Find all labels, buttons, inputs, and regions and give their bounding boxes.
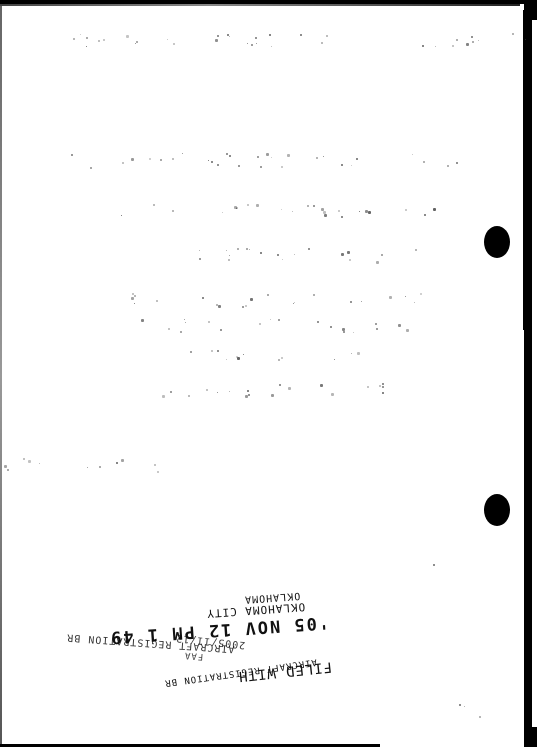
scan-speck bbox=[222, 212, 223, 213]
scan-speck bbox=[121, 459, 124, 462]
scan-speck bbox=[206, 389, 208, 391]
scan-speck bbox=[98, 40, 100, 42]
scan-speck bbox=[323, 156, 324, 157]
scan-speck bbox=[184, 319, 185, 320]
scan-speck bbox=[479, 716, 481, 718]
scan-speck bbox=[459, 704, 461, 706]
scan-speck bbox=[282, 259, 283, 260]
scan-speck bbox=[466, 43, 469, 46]
scan-speck bbox=[278, 359, 280, 361]
scan-speck bbox=[188, 395, 190, 397]
scan-speck bbox=[281, 209, 282, 210]
scan-speck bbox=[157, 471, 159, 473]
scan-speck bbox=[39, 463, 40, 464]
scan-speck bbox=[90, 167, 92, 169]
scan-speck bbox=[71, 154, 73, 156]
scan-speck bbox=[103, 39, 105, 41]
scan-speck bbox=[242, 306, 244, 308]
scan-speck bbox=[381, 254, 383, 256]
scan-speck bbox=[116, 462, 118, 464]
scan-speck bbox=[229, 36, 230, 37]
scan-speck bbox=[415, 249, 417, 251]
scan-speck bbox=[341, 164, 343, 166]
scan-speck bbox=[160, 159, 162, 161]
scan-speck bbox=[121, 215, 122, 216]
scan-speck bbox=[472, 41, 474, 43]
scan-speck bbox=[247, 204, 249, 206]
scan-speck bbox=[307, 205, 309, 207]
scan-speck bbox=[136, 41, 138, 43]
scan-speck bbox=[182, 153, 183, 154]
scan-speck bbox=[243, 354, 244, 355]
scan-speck bbox=[156, 300, 158, 302]
scan-speck bbox=[382, 386, 384, 388]
scan-speck bbox=[334, 359, 335, 360]
scan-speck bbox=[229, 391, 230, 392]
scan-speck bbox=[217, 164, 219, 166]
scan-speck bbox=[80, 34, 81, 35]
scan-speck bbox=[341, 253, 344, 256]
scan-speck bbox=[456, 39, 458, 41]
scan-speck bbox=[173, 43, 175, 45]
scan-speck bbox=[357, 352, 360, 355]
scan-speck bbox=[412, 154, 413, 155]
scan-speck bbox=[389, 296, 392, 299]
scan-speck bbox=[255, 37, 257, 39]
scan-speck bbox=[217, 350, 219, 352]
scan-speck bbox=[249, 249, 250, 250]
scan-speck bbox=[229, 155, 231, 157]
scan-speck bbox=[208, 321, 210, 323]
scan-speck bbox=[464, 706, 465, 707]
scan-speck bbox=[359, 211, 360, 212]
scan-speck bbox=[435, 46, 436, 47]
scan-speck bbox=[226, 153, 228, 155]
scan-speck bbox=[250, 298, 253, 301]
scan-speck bbox=[288, 387, 291, 390]
scan-speck bbox=[122, 162, 124, 164]
scan-speck bbox=[279, 384, 281, 386]
scan-speck bbox=[202, 297, 204, 299]
scan-speck bbox=[172, 158, 174, 160]
scan-speck bbox=[256, 43, 257, 44]
scan-speck bbox=[326, 35, 328, 37]
scan-speck bbox=[220, 329, 222, 331]
scan-speck bbox=[211, 161, 213, 163]
scan-speck bbox=[199, 250, 200, 251]
scan-speck bbox=[294, 254, 295, 255]
scan-speck bbox=[361, 301, 362, 302]
scan-speck bbox=[226, 250, 227, 251]
scan-speck bbox=[131, 297, 134, 300]
scan-speck bbox=[170, 391, 172, 393]
scan-speck bbox=[316, 157, 318, 159]
scan-speck bbox=[251, 44, 253, 46]
scan-speck bbox=[351, 353, 352, 354]
scan-speck bbox=[141, 319, 144, 322]
scan-speck bbox=[317, 321, 319, 323]
scan-speck bbox=[167, 39, 168, 40]
scan-speck bbox=[423, 161, 425, 163]
scan-speck bbox=[313, 205, 315, 207]
scan-speck bbox=[367, 386, 369, 388]
scan-speck bbox=[154, 464, 156, 466]
scan-speck bbox=[229, 255, 230, 256]
scan-speck bbox=[259, 323, 261, 325]
scan-speck bbox=[217, 35, 219, 37]
scan-speck bbox=[153, 204, 155, 206]
scan-speck bbox=[73, 38, 75, 40]
scan-speck bbox=[376, 261, 379, 264]
scan-speck bbox=[4, 465, 7, 468]
scan-speck bbox=[368, 211, 371, 214]
scan-speck bbox=[353, 332, 354, 333]
scan-speck bbox=[238, 165, 240, 167]
scan-speck bbox=[452, 45, 454, 47]
scan-speck bbox=[320, 384, 323, 387]
punch-hole-bottom bbox=[484, 494, 510, 526]
scan-speck bbox=[86, 37, 88, 39]
scan-speck bbox=[256, 204, 259, 207]
scan-speck bbox=[512, 33, 514, 35]
scan-speck bbox=[330, 326, 332, 328]
filing-stamp: OKLAHOMA CITY OKLAHOMA '05 NOV 12 PM 1 4… bbox=[92, 528, 368, 693]
scan-speck bbox=[236, 208, 237, 209]
scan-speck bbox=[313, 294, 315, 296]
scan-edge-top-shadow bbox=[0, 4, 520, 6]
stamp-line-agency: FAA bbox=[184, 650, 204, 661]
scan-speck bbox=[447, 165, 449, 167]
scan-speck bbox=[294, 302, 295, 303]
scan-speck bbox=[414, 302, 415, 303]
scan-speck bbox=[292, 211, 293, 212]
scan-speck bbox=[28, 460, 31, 463]
scan-speck bbox=[349, 259, 351, 261]
scan-speck bbox=[271, 157, 272, 158]
scan-speck bbox=[87, 467, 88, 468]
scan-speck bbox=[149, 158, 151, 160]
scan-speck bbox=[331, 393, 334, 396]
scan-speck bbox=[343, 331, 345, 333]
scan-speck bbox=[218, 305, 221, 308]
scan-speck bbox=[321, 42, 323, 44]
scan-speck bbox=[405, 296, 406, 297]
scan-speck bbox=[277, 254, 279, 256]
scan-speck bbox=[293, 303, 294, 304]
scan-speck bbox=[281, 166, 283, 168]
scan-edge-right-inner-lower bbox=[525, 330, 529, 555]
scan-speck bbox=[126, 35, 129, 38]
scan-speck bbox=[375, 323, 377, 325]
scan-speck bbox=[217, 392, 218, 393]
scan-speck bbox=[433, 564, 435, 566]
scan-speck bbox=[270, 319, 271, 320]
scan-speck bbox=[23, 458, 25, 460]
scan-speck bbox=[471, 36, 473, 38]
scan-speck bbox=[287, 154, 290, 157]
scan-speck bbox=[478, 40, 479, 41]
scan-speck bbox=[199, 258, 201, 260]
scan-speck bbox=[324, 214, 327, 217]
scan-speck bbox=[323, 211, 326, 214]
scan-speck bbox=[180, 331, 182, 333]
scan-speck bbox=[237, 357, 240, 360]
scan-speck bbox=[245, 305, 247, 307]
scan-speck bbox=[226, 359, 227, 360]
scan-speck bbox=[347, 251, 350, 254]
scan-speck bbox=[356, 158, 358, 160]
scan-speck bbox=[99, 466, 101, 468]
scan-edge-right-inner bbox=[523, 10, 529, 330]
scan-speck bbox=[228, 259, 230, 261]
scan-speck bbox=[406, 329, 409, 332]
scan-speck bbox=[271, 46, 272, 47]
scan-speck bbox=[172, 210, 174, 212]
scan-speck bbox=[269, 34, 271, 36]
scan-speck bbox=[257, 156, 259, 158]
scan-speck bbox=[260, 166, 262, 168]
scan-speck bbox=[424, 214, 426, 216]
scan-speck bbox=[245, 395, 248, 398]
scan-speck bbox=[190, 351, 192, 353]
scan-speck bbox=[338, 210, 340, 212]
scan-speck bbox=[208, 160, 209, 161]
scan-speck bbox=[267, 294, 269, 296]
scan-speck bbox=[211, 350, 213, 352]
scan-speck bbox=[216, 304, 218, 306]
scan-speck bbox=[7, 469, 9, 471]
scan-speck bbox=[237, 248, 239, 250]
scan-speck bbox=[134, 295, 136, 297]
scan-speck bbox=[278, 319, 280, 321]
scan-speck bbox=[266, 153, 269, 156]
scan-speck bbox=[300, 34, 302, 36]
scan-speck bbox=[433, 208, 436, 211]
scan-speck bbox=[351, 165, 352, 166]
scan-speck bbox=[271, 394, 274, 397]
scan-speck bbox=[420, 293, 422, 295]
scan-speck bbox=[168, 328, 170, 330]
scan-speck bbox=[135, 43, 136, 44]
scan-speck bbox=[247, 43, 248, 44]
scan-speck bbox=[350, 301, 352, 303]
punch-hole-top bbox=[484, 226, 510, 258]
scan-speck bbox=[376, 328, 378, 330]
scan-speck bbox=[134, 303, 135, 304]
scan-speck bbox=[456, 162, 458, 164]
scan-speck bbox=[162, 395, 165, 398]
scan-speck bbox=[260, 252, 262, 254]
scan-edge-left bbox=[0, 6, 2, 747]
scan-speck bbox=[341, 216, 343, 218]
scan-speck bbox=[185, 322, 186, 323]
scan-speck bbox=[86, 46, 87, 47]
scan-speck bbox=[308, 248, 310, 250]
scanned-document-page: OKLAHOMA CITY OKLAHOMA '05 NOV 12 PM 1 4… bbox=[0, 0, 537, 747]
scan-edge-right-gap bbox=[532, 20, 537, 727]
scan-speck bbox=[382, 392, 384, 394]
scan-speck bbox=[405, 209, 407, 211]
scan-speck bbox=[131, 158, 134, 161]
scan-speck bbox=[281, 357, 283, 359]
scan-speck bbox=[398, 324, 401, 327]
scan-speck bbox=[247, 390, 249, 392]
scan-speck bbox=[422, 45, 424, 47]
scan-speck bbox=[215, 39, 218, 42]
